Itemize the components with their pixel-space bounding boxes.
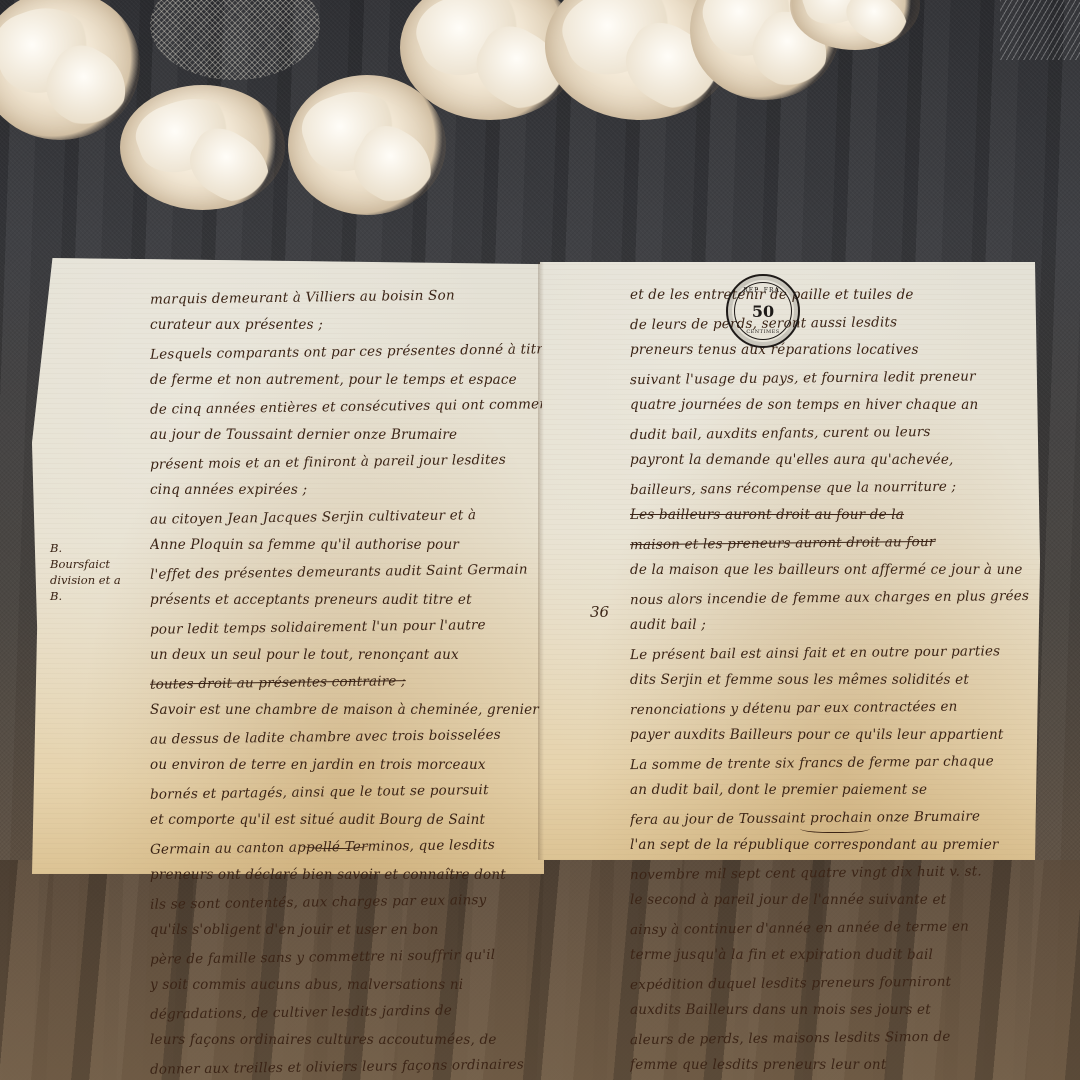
handwritten-line: marquis demeurant à Villiers au boisin S… xyxy=(150,281,542,314)
handwritten-line: de ferme et non autrement, pour le temps… xyxy=(150,367,542,395)
signature-flourish xyxy=(800,822,870,833)
handwritten-line: novembre mil sept cent quatre vingt dix … xyxy=(630,857,1035,889)
handwritten-line: renonciations y détenu par eux contracté… xyxy=(630,692,1035,724)
handwritten-line: an dudit bail, dont le premier paiement … xyxy=(630,777,1035,805)
lace-flower xyxy=(150,0,320,80)
handwritten-line: Les bailleurs auront droit au four de la xyxy=(630,502,1035,530)
handwritten-line: dégradations, de cultiver lesdits jardin… xyxy=(150,996,542,1029)
handwritten-line: dudit bail, auxdits enfants, curent ou l… xyxy=(630,417,1035,449)
folio-number: 36 xyxy=(590,603,609,621)
handwritten-line: preneurs ont déclaré bien savoir et conn… xyxy=(150,862,542,890)
handwritten-line: au jour de Toussaint dernier onze Brumai… xyxy=(150,422,542,450)
handwritten-line: payront la demande qu'elles aura qu'ache… xyxy=(630,447,1035,475)
handwritten-line: terme jusqu'à la fin et expiration dudit… xyxy=(630,942,1035,970)
handwritten-line: ainsy à continuer d'année en année de te… xyxy=(630,912,1035,944)
handwritten-line: quatre journées de son temps en hiver ch… xyxy=(630,392,1035,420)
left-page-text: marquis demeurant à Villiers au boisin S… xyxy=(150,284,542,1080)
fabric-flower-icon xyxy=(120,85,285,210)
handwritten-line: de la maison que les bailleurs ont affer… xyxy=(630,557,1035,585)
handwritten-line: père de famille sans y commettre ni souf… xyxy=(150,941,542,974)
margin-note: B.Boursfaictdivision et aB. xyxy=(50,540,150,604)
signature-flourish xyxy=(300,838,370,849)
handwritten-line: ou environ de terre en jardin en trois m… xyxy=(150,752,542,780)
handwritten-line: l'an sept de la république correspondant… xyxy=(630,832,1035,860)
handwritten-line: présent mois et an et finiront à pareil … xyxy=(150,446,542,479)
handwritten-line: l'effet des présentes demeurants audit S… xyxy=(150,556,542,589)
handwritten-line: auxdits Bailleurs dans un mois ses jours… xyxy=(630,997,1035,1025)
fabric-flower-icon xyxy=(0,0,140,140)
handwritten-line: curateur aux présentes ; xyxy=(150,312,542,340)
handwritten-line: ils se sont contentés, aux charges par e… xyxy=(150,886,542,919)
handwritten-line: bailleurs, sans récompense que la nourri… xyxy=(630,472,1035,504)
handwritten-line: bornés et partagés, ainsi que le tout se… xyxy=(150,776,542,809)
handwritten-line: de cinq années entières et consécutives … xyxy=(150,391,542,424)
feather-icon xyxy=(1000,0,1080,60)
stamp-bottom-text: CENTIMES xyxy=(728,329,798,335)
right-page-text: et de les entretenir de paille et tuiles… xyxy=(630,282,1035,1080)
handwritten-line: audit bail ; xyxy=(630,612,1035,640)
handwritten-line: preneurs tenus aux réparations locatives xyxy=(630,337,1035,365)
handwritten-line: et de les entretenir de paille et tuiles… xyxy=(630,282,1035,310)
handwritten-line: donner aux treilles et oliviers leurs fa… xyxy=(150,1051,542,1080)
handwritten-line: et comporte qu'il est situé audit Bourg … xyxy=(150,807,542,835)
handwritten-line: expédition duquel lesdits preneurs fourn… xyxy=(630,967,1035,999)
handwritten-line: maison et les preneurs auront droit au f… xyxy=(630,527,1035,559)
handwritten-line: Savoir est une chambre de maison à chemi… xyxy=(150,697,542,725)
handwritten-line: suivant l'usage du pays, et fournira led… xyxy=(630,362,1035,394)
stamp-value: 50 xyxy=(728,302,798,321)
handwritten-line: présents et acceptants preneurs audit ti… xyxy=(150,587,542,615)
handwritten-line: payer auxdits Bailleurs pour ce qu'ils l… xyxy=(630,722,1035,750)
handwritten-line: aleurs de perds, les maisons lesdits Sim… xyxy=(630,1022,1035,1054)
handwritten-line: au citoyen Jean Jacques Serjin cultivate… xyxy=(150,501,542,534)
handwritten-line: leurs façons ordinaires cultures accoutu… xyxy=(150,1027,542,1055)
margin-note-line: B. xyxy=(50,588,150,604)
handwritten-line: femme que lesdits preneurs leur ont xyxy=(630,1052,1035,1080)
margin-note-line: B. xyxy=(50,540,150,556)
handwritten-line: un deux un seul pour le tout, renonçant … xyxy=(150,642,542,670)
handwritten-line: Lesquels comparants ont par ces présente… xyxy=(150,336,542,369)
handwritten-line: pour ledit temps solidairement l'un pour… xyxy=(150,611,542,644)
handwritten-line: Le présent bail est ainsi fait et en out… xyxy=(630,637,1035,669)
handwritten-line: nous alors incendie de femme aux charges… xyxy=(630,582,1035,614)
handwritten-line: La somme de trente six francs de ferme p… xyxy=(630,747,1035,779)
handwritten-line: Anne Ploquin sa femme qu'il authorise po… xyxy=(150,532,542,560)
margin-note-line: division et a xyxy=(50,572,150,588)
stamp-top-text: REP. FRA. xyxy=(728,287,798,294)
handwritten-line: cinq années expirées ; xyxy=(150,477,542,505)
handwritten-line: de leurs de perds, seront aussi lesdits xyxy=(630,307,1035,339)
handwritten-line: dits Serjin et femme sous les mêmes soli… xyxy=(630,667,1035,695)
handwritten-line: y soit commis aucuns abus, malversations… xyxy=(150,972,542,1000)
handwritten-line: toutes droit au présentes contraire ; xyxy=(150,666,542,699)
tax-stamp-icon: REP. FRA. 50 CENTIMES xyxy=(726,274,800,348)
handwritten-line: qu'ils s'obligent d'en jouir et user en … xyxy=(150,917,542,945)
handwritten-line: au dessus de ladite chambre avec trois b… xyxy=(150,721,542,754)
margin-note-line: Boursfaict xyxy=(50,556,150,572)
handwritten-line: le second à pareil jour de l'année suiva… xyxy=(630,887,1035,915)
